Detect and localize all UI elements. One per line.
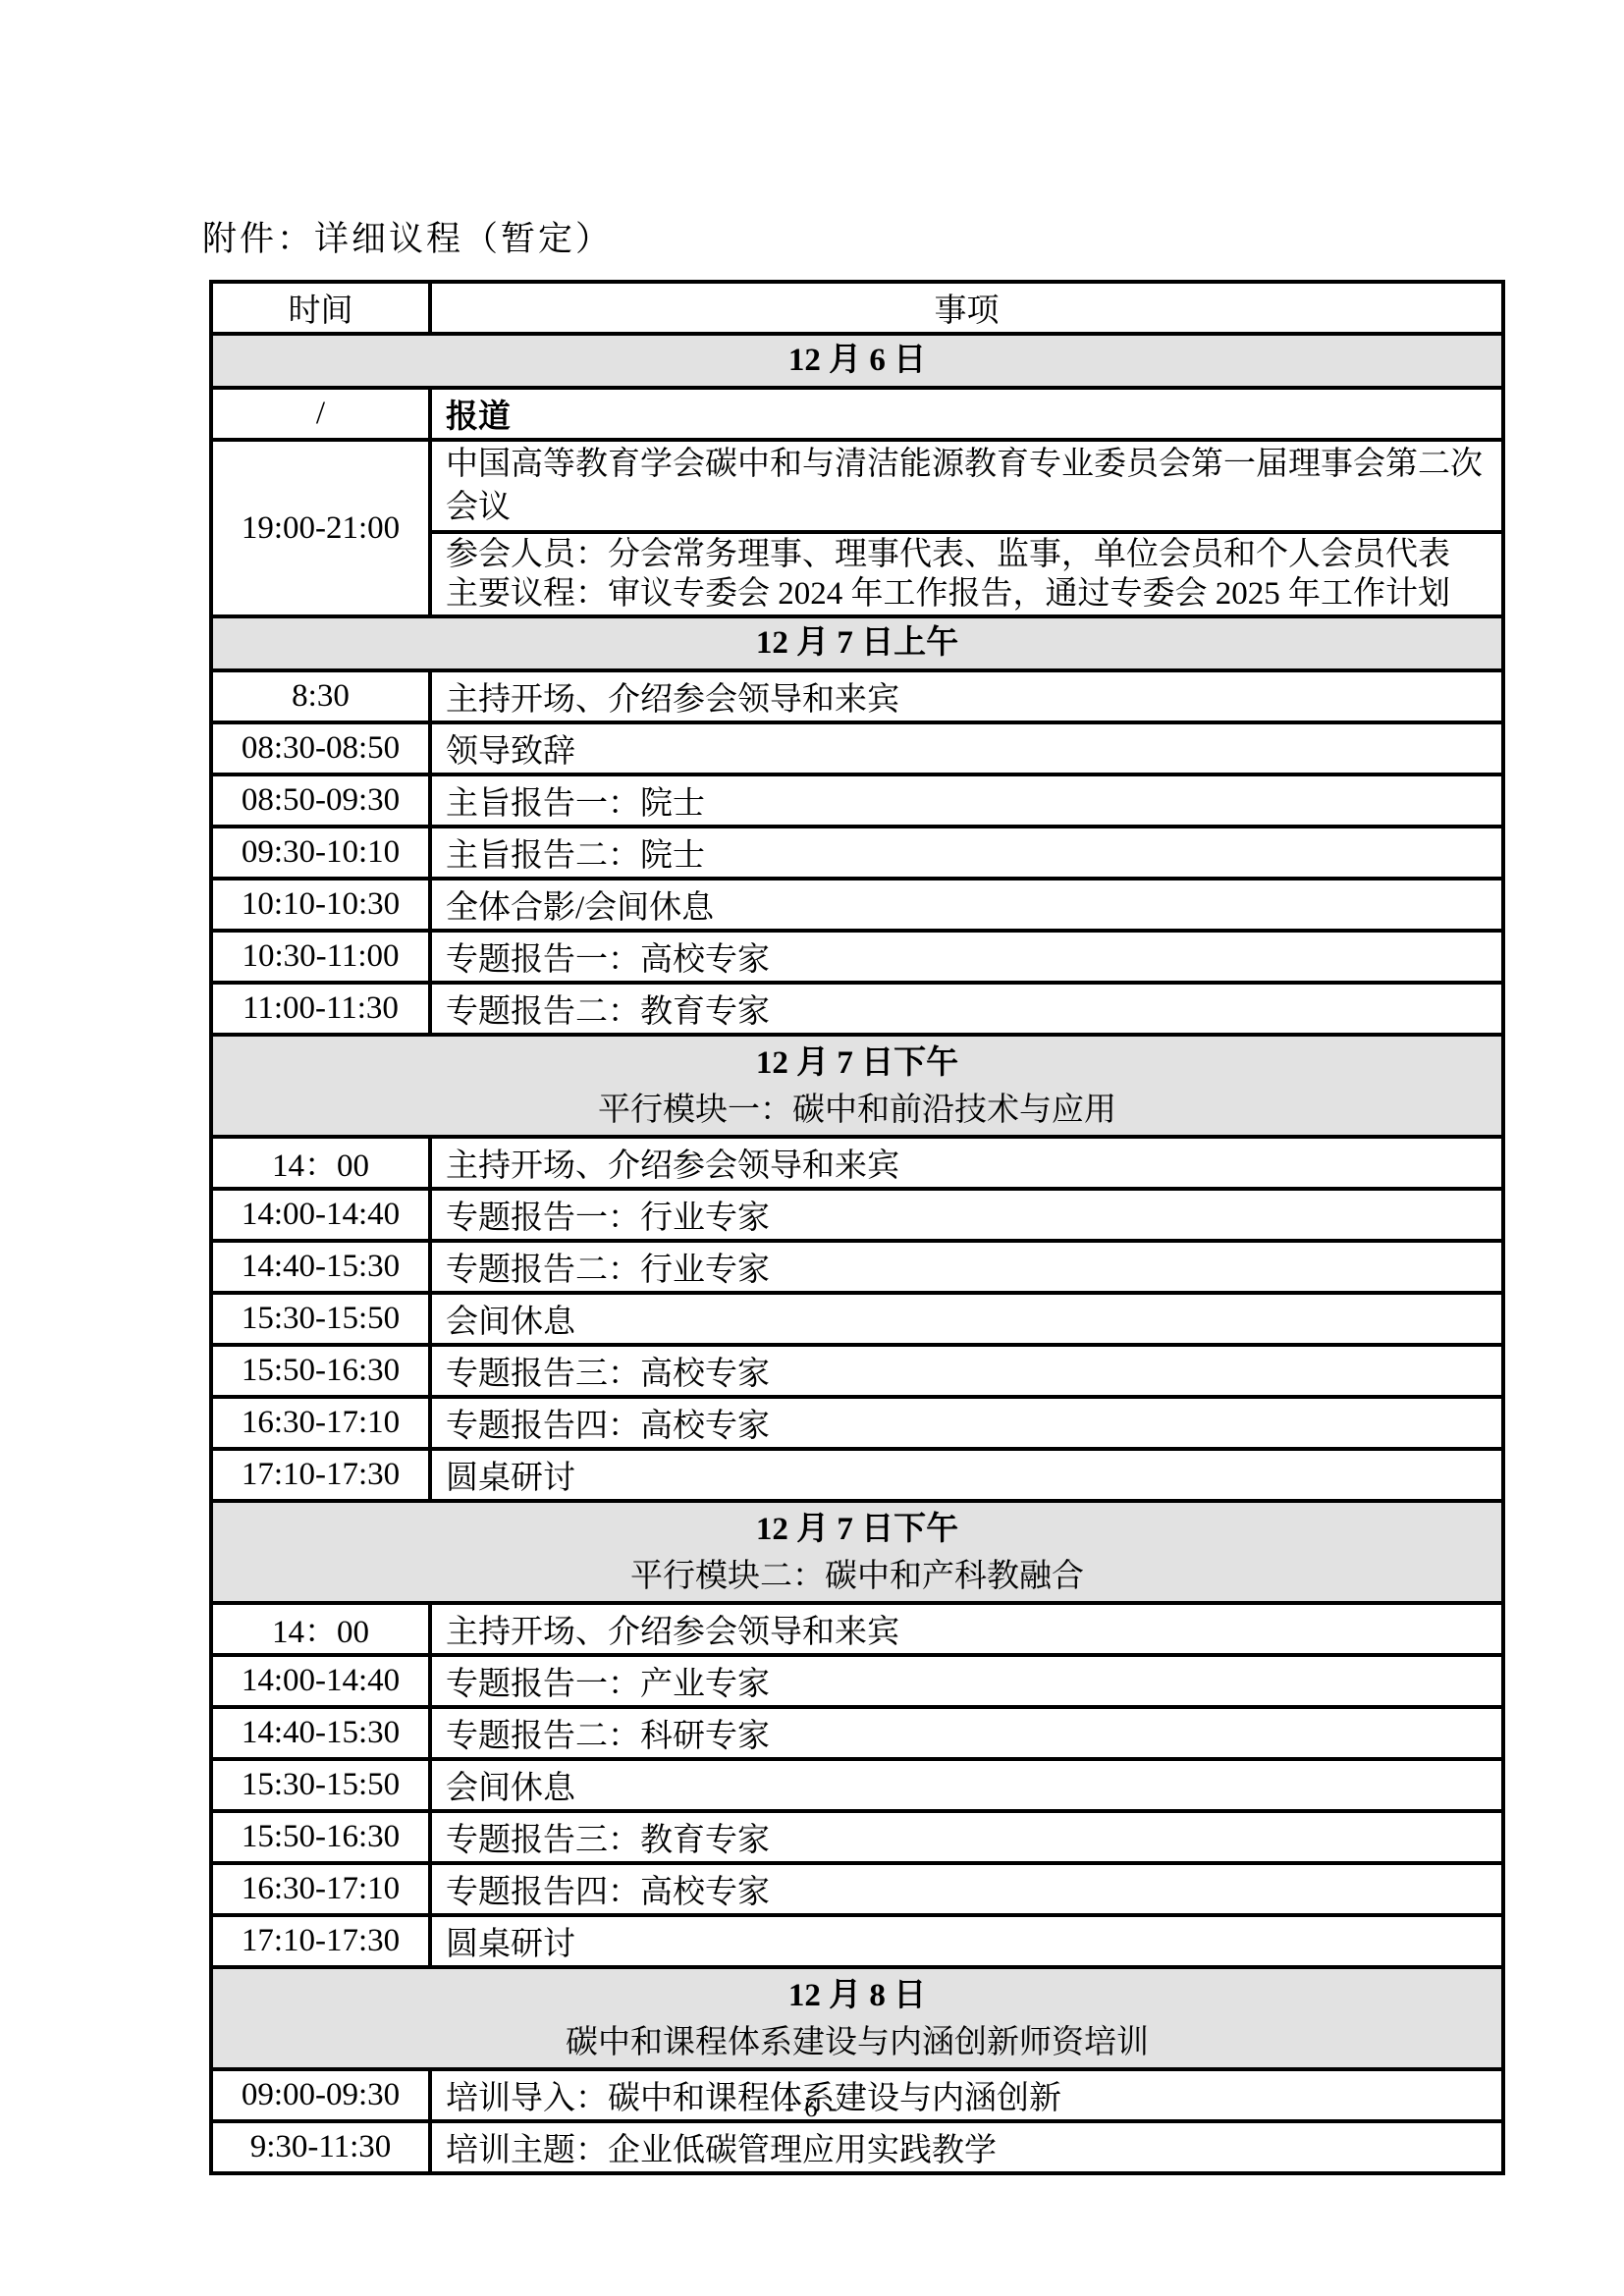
- section-date: 12 月 7 日下午: [214, 1505, 1500, 1554]
- section-date: 12 月 6 日: [214, 337, 1500, 385]
- time-cell: /: [211, 388, 430, 440]
- section-header-row: 12 月 7 日下午平行模块一：碳中和前沿技术与应用: [211, 1035, 1503, 1137]
- section-header-row: 12 月 8 日碳中和课程体系建设与内涵创新师资培训: [211, 1967, 1503, 2069]
- item-cell: 专题报告四：高校专家: [430, 1863, 1503, 1915]
- schedule-row: 15:30-15:50会间休息: [211, 1759, 1503, 1811]
- attachment-title: 附件：详细议程（暂定）: [202, 212, 613, 261]
- time-cell: 15:50-16:30: [211, 1345, 430, 1397]
- schedule-row: 11:00-11:30专题报告二：教育专家: [211, 983, 1503, 1035]
- meeting-detail-line: 参会人员：分会常务理事、理事代表、监事，单位会员和个人会员代表: [446, 535, 1495, 574]
- item-cell: 领导致辞: [430, 722, 1503, 774]
- section-date: 12 月 7 日下午: [214, 1039, 1500, 1088]
- time-cell: 14:00-14:40: [211, 1655, 430, 1707]
- time-cell: 14:00-14:40: [211, 1189, 430, 1241]
- section-subtitle: 碳中和课程体系建设与内涵创新师资培训: [214, 2020, 1500, 2065]
- meeting-detail-line: 主要议程：审议专委会 2024 年工作报告，通过专委会 2025 年工作计划: [446, 574, 1495, 614]
- time-cell: 15:30-15:50: [211, 1293, 430, 1345]
- time-cell: 17:10-17:30: [211, 1915, 430, 1967]
- time-cell: 08:30-08:50: [211, 722, 430, 774]
- document-page: 附件：详细议程（暂定） 时间 事项 12 月 6 日/报道19:00-21:00…: [0, 0, 1624, 2296]
- time-cell: 16:30-17:10: [211, 1397, 430, 1449]
- schedule-row: 08:30-08:50领导致辞: [211, 722, 1503, 774]
- time-cell: 9:30-11:30: [211, 2121, 430, 2173]
- time-cell: 17:10-17:30: [211, 1449, 430, 1501]
- schedule-row: /报道: [211, 388, 1503, 440]
- agenda-table: 时间 事项 12 月 6 日/报道19:00-21:00中国高等教育学会碳中和与…: [209, 280, 1505, 2175]
- section-subtitle: 平行模块二：碳中和产科教融合: [214, 1554, 1500, 1599]
- time-cell: 14：00: [211, 1603, 430, 1655]
- item-cell: 主持开场、介绍参会领导和来宾: [430, 1603, 1503, 1655]
- item-cell: 会间休息: [430, 1293, 1503, 1345]
- schedule-row: 15:50-16:30专题报告三：高校专家: [211, 1345, 1503, 1397]
- time-cell: 14:40-15:30: [211, 1707, 430, 1759]
- item-cell: 专题报告二：科研专家: [430, 1707, 1503, 1759]
- page-number: - 6 -: [0, 2093, 1624, 2123]
- schedule-row: 17:10-17:30圆桌研讨: [211, 1449, 1503, 1501]
- schedule-row: 9:30-11:30培训主题：企业低碳管理应用实践教学: [211, 2121, 1503, 2173]
- item-cell: 专题报告三：高校专家: [430, 1345, 1503, 1397]
- section-subtitle: 平行模块一：碳中和前沿技术与应用: [214, 1088, 1500, 1133]
- schedule-row: 15:50-16:30专题报告三：教育专家: [211, 1811, 1503, 1863]
- item-cell: 圆桌研讨: [430, 1915, 1503, 1967]
- time-cell: 14：00: [211, 1137, 430, 1189]
- schedule-row: 10:10-10:30全体合影/会间休息: [211, 879, 1503, 931]
- schedule-row: 14：00主持开场、介绍参会领导和来宾: [211, 1603, 1503, 1655]
- section-header-row: 12 月 7 日下午平行模块二：碳中和产科教融合: [211, 1501, 1503, 1603]
- item-cell: 专题报告四：高校专家: [430, 1397, 1503, 1449]
- meeting-title: 中国高等教育学会碳中和与清洁能源教育专业委员会第一届理事会第二次会议: [430, 440, 1503, 532]
- item-cell: 专题报告一：高校专家: [430, 931, 1503, 983]
- section-header-row: 12 月 7 日上午: [211, 616, 1503, 670]
- section-header-cell: 12 月 7 日下午平行模块一：碳中和前沿技术与应用: [211, 1035, 1503, 1137]
- schedule-row: 14:00-14:40专题报告一：行业专家: [211, 1189, 1503, 1241]
- time-cell: 08:50-09:30: [211, 774, 430, 827]
- section-header-cell: 12 月 7 日上午: [211, 616, 1503, 670]
- schedule-row: 14:00-14:40专题报告一：产业专家: [211, 1655, 1503, 1707]
- time-cell: 10:30-11:00: [211, 931, 430, 983]
- time-cell: 15:30-15:50: [211, 1759, 430, 1811]
- item-cell: 主旨报告一：院士: [430, 774, 1503, 827]
- item-cell: 专题报告一：产业专家: [430, 1655, 1503, 1707]
- schedule-row: 16:30-17:10专题报告四：高校专家: [211, 1863, 1503, 1915]
- schedule-row: 8:30主持开场、介绍参会领导和来宾: [211, 670, 1503, 722]
- meeting-title-row: 19:00-21:00中国高等教育学会碳中和与清洁能源教育专业委员会第一届理事会…: [211, 440, 1503, 532]
- schedule-row: 14:40-15:30专题报告二：行业专家: [211, 1241, 1503, 1293]
- schedule-row: 08:50-09:30主旨报告一：院士: [211, 774, 1503, 827]
- item-cell: 专题报告二：教育专家: [430, 983, 1503, 1035]
- item-cell: 主旨报告二：院士: [430, 827, 1503, 879]
- schedule-row: 16:30-17:10专题报告四：高校专家: [211, 1397, 1503, 1449]
- item-cell: 报道: [430, 388, 1503, 440]
- item-cell: 专题报告三：教育专家: [430, 1811, 1503, 1863]
- time-column-header: 时间: [211, 282, 430, 334]
- time-cell: 10:10-10:30: [211, 879, 430, 931]
- section-header-cell: 12 月 7 日下午平行模块二：碳中和产科教融合: [211, 1501, 1503, 1603]
- time-cell: 14:40-15:30: [211, 1241, 430, 1293]
- item-cell: 全体合影/会间休息: [430, 879, 1503, 931]
- schedule-row: 14：00主持开场、介绍参会领导和来宾: [211, 1137, 1503, 1189]
- section-header-row: 12 月 6 日: [211, 334, 1503, 388]
- time-cell: 15:50-16:30: [211, 1811, 430, 1863]
- schedule-row: 17:10-17:30圆桌研讨: [211, 1915, 1503, 1967]
- section-header-cell: 12 月 6 日: [211, 334, 1503, 388]
- time-cell: 09:30-10:10: [211, 827, 430, 879]
- item-column-header: 事项: [430, 282, 1503, 334]
- section-date: 12 月 8 日: [214, 1971, 1500, 2020]
- item-cell: 专题报告一：行业专家: [430, 1189, 1503, 1241]
- schedule-row: 10:30-11:00专题报告一：高校专家: [211, 931, 1503, 983]
- time-cell: 19:00-21:00: [211, 440, 430, 616]
- time-cell: 8:30: [211, 670, 430, 722]
- schedule-row: 09:30-10:10主旨报告二：院士: [211, 827, 1503, 879]
- time-cell: 11:00-11:30: [211, 983, 430, 1035]
- schedule-row: 15:30-15:50会间休息: [211, 1293, 1503, 1345]
- table-header-row: 时间 事项: [211, 282, 1503, 334]
- section-header-cell: 12 月 8 日碳中和课程体系建设与内涵创新师资培训: [211, 1967, 1503, 2069]
- meeting-details-cell: 参会人员：分会常务理事、理事代表、监事，单位会员和个人会员代表主要议程：审议专委…: [430, 532, 1503, 616]
- schedule-row: 14:40-15:30专题报告二：科研专家: [211, 1707, 1503, 1759]
- item-cell: 圆桌研讨: [430, 1449, 1503, 1501]
- section-date: 12 月 7 日上午: [214, 619, 1500, 667]
- item-cell: 专题报告二：行业专家: [430, 1241, 1503, 1293]
- item-cell: 培训主题：企业低碳管理应用实践教学: [430, 2121, 1503, 2173]
- item-cell: 主持开场、介绍参会领导和来宾: [430, 670, 1503, 722]
- item-cell: 主持开场、介绍参会领导和来宾: [430, 1137, 1503, 1189]
- time-cell: 16:30-17:10: [211, 1863, 430, 1915]
- item-cell: 会间休息: [430, 1759, 1503, 1811]
